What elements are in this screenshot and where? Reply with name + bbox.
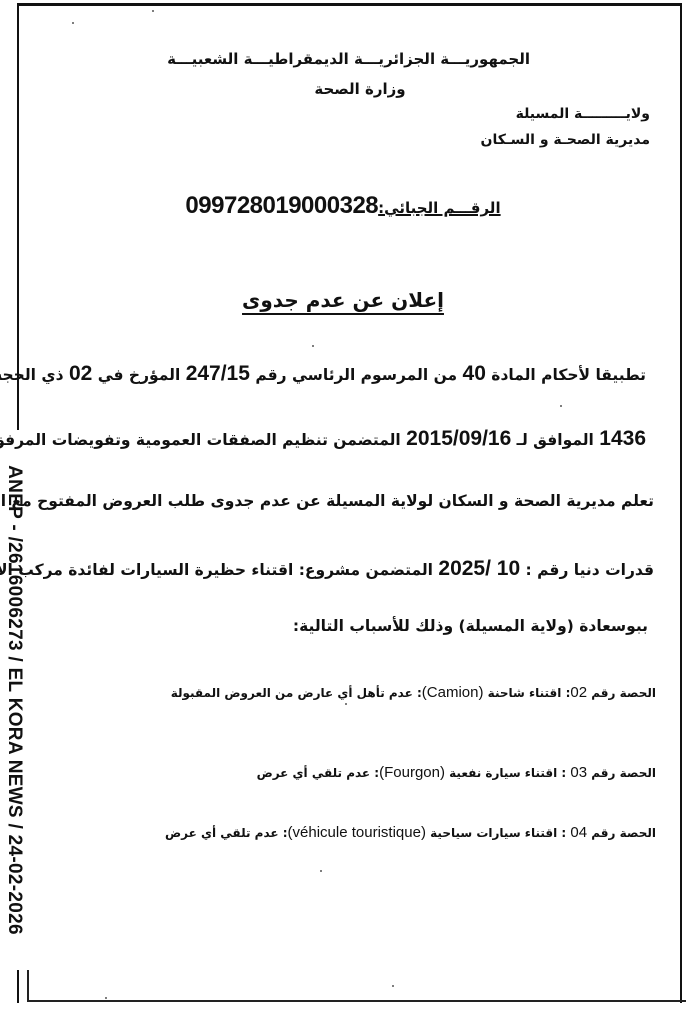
scan-speck [560, 405, 562, 407]
lot-item-name: اقتناء شاحنة [488, 686, 562, 700]
lot-reason: : عدم تأهل أي عارض من العروض المقبولة [171, 686, 422, 700]
fiscal-id-label: الرقـــم الجبائي: [378, 199, 500, 217]
text-fragment: المؤرخ في [98, 366, 181, 384]
scan-speck [392, 985, 394, 987]
body-line-2: 1436 الموافق لـ 2015/09/16 المتضمن تنظيم… [0, 427, 646, 451]
scan-speck [312, 345, 314, 347]
bottom-border-line [27, 1000, 686, 1002]
scan-speck [345, 703, 347, 705]
text-fragment: قدرات دنيا رقم : [526, 561, 654, 579]
hijri-day: 02 [69, 362, 92, 385]
lot-item-name: اقتناء سيارات سياحية [430, 826, 557, 840]
lot-item: الحصة رقم 02: اقتناء شاحنة (Camion): عدم… [171, 684, 656, 701]
lot-number: 03 [570, 764, 587, 781]
article-number: 40 [463, 362, 486, 385]
scan-speck [72, 22, 74, 24]
header-wilaya: ولايـــــــــة المسيلة [516, 106, 650, 122]
body-line-3: تعلم مديرية الصحة و السكان لولاية المسيل… [0, 492, 654, 510]
lot-prefix: الحصة رقم [591, 826, 656, 840]
fiscal-id-number: 099728019000328 [185, 192, 378, 220]
lot-prefix: الحصة رقم [591, 686, 656, 700]
notice-title: إعلان عن عدم جدوى [0, 288, 686, 312]
fiscal-id: الرقـــم الجبائي: 099728019000328 [0, 192, 686, 220]
publication-stamp: ANEP - /2616006273 / EL KORA NEWS / 24-0… [2, 440, 26, 960]
decree-number: 247/15 [186, 362, 250, 385]
body-line-5: ببوسعادة (ولاية المسيلة) وذلك للأسباب ال… [293, 617, 648, 635]
lot-item: الحصة رقم 03 : اقتناء سيارة نفعية (Fourg… [257, 764, 656, 781]
lot-number: 04 [570, 824, 587, 841]
header-republic: الجمهوريـــة الجزائريـــة الديمقراطيـــة… [190, 50, 530, 68]
text-fragment: المتضمن تنظيم الصفقات العمومية وتفويضات … [0, 431, 401, 449]
scan-speck [320, 870, 322, 872]
hijri-year: 1436 [599, 427, 646, 450]
text-fragment: الموافق لـ [517, 431, 594, 449]
scan-speck [152, 10, 154, 12]
bottom-left-border-tick [27, 970, 29, 1002]
notice-title-text: إعلان عن عدم جدوى [242, 288, 444, 312]
text-fragment: ذي الحجة عام [0, 366, 64, 384]
lot-item-latin: (Fourgon) [379, 764, 445, 781]
lot-prefix: الحصة رقم [591, 766, 656, 780]
lot-item: الحصة رقم 04 : اقتناء سيارات سياحية (véh… [165, 824, 656, 841]
publication-stamp-text: ANEP - /2616006273 / EL KORA NEWS / 24-0… [3, 465, 25, 935]
header-ministry: وزارة الصحة [190, 80, 530, 98]
text-fragment: تطبيقا لأحكام المادة [491, 366, 646, 384]
lot-item-latin: (véhicule touristique) [288, 824, 426, 841]
header-directorate: مديرية الصحـة و السـكان [481, 132, 650, 148]
body-line-1: تطبيقا لأحكام المادة 40 من المرسوم الرئا… [0, 362, 646, 386]
gregorian-date: 2015/09/16 [406, 427, 511, 450]
lot-number: 02 [570, 684, 587, 701]
tender-number: 10 /2025 [438, 557, 520, 580]
scan-speck [105, 997, 107, 999]
body-line-4: قدرات دنيا رقم : 10 /2025 المتضمن مشروع:… [0, 557, 654, 581]
text-fragment: المتضمن مشروع: اقتناء حظيرة السيارات لفا… [0, 561, 433, 579]
lot-item-name: اقتناء سيارة نفعية [449, 766, 557, 780]
text-fragment: من المرسوم الرئاسي رقم [255, 366, 457, 384]
lot-item-latin: (Camion) [422, 684, 484, 701]
lot-reason: : عدم تلقي أي عرض [165, 826, 288, 840]
lot-reason: : عدم تلقي أي عرض [257, 766, 380, 780]
